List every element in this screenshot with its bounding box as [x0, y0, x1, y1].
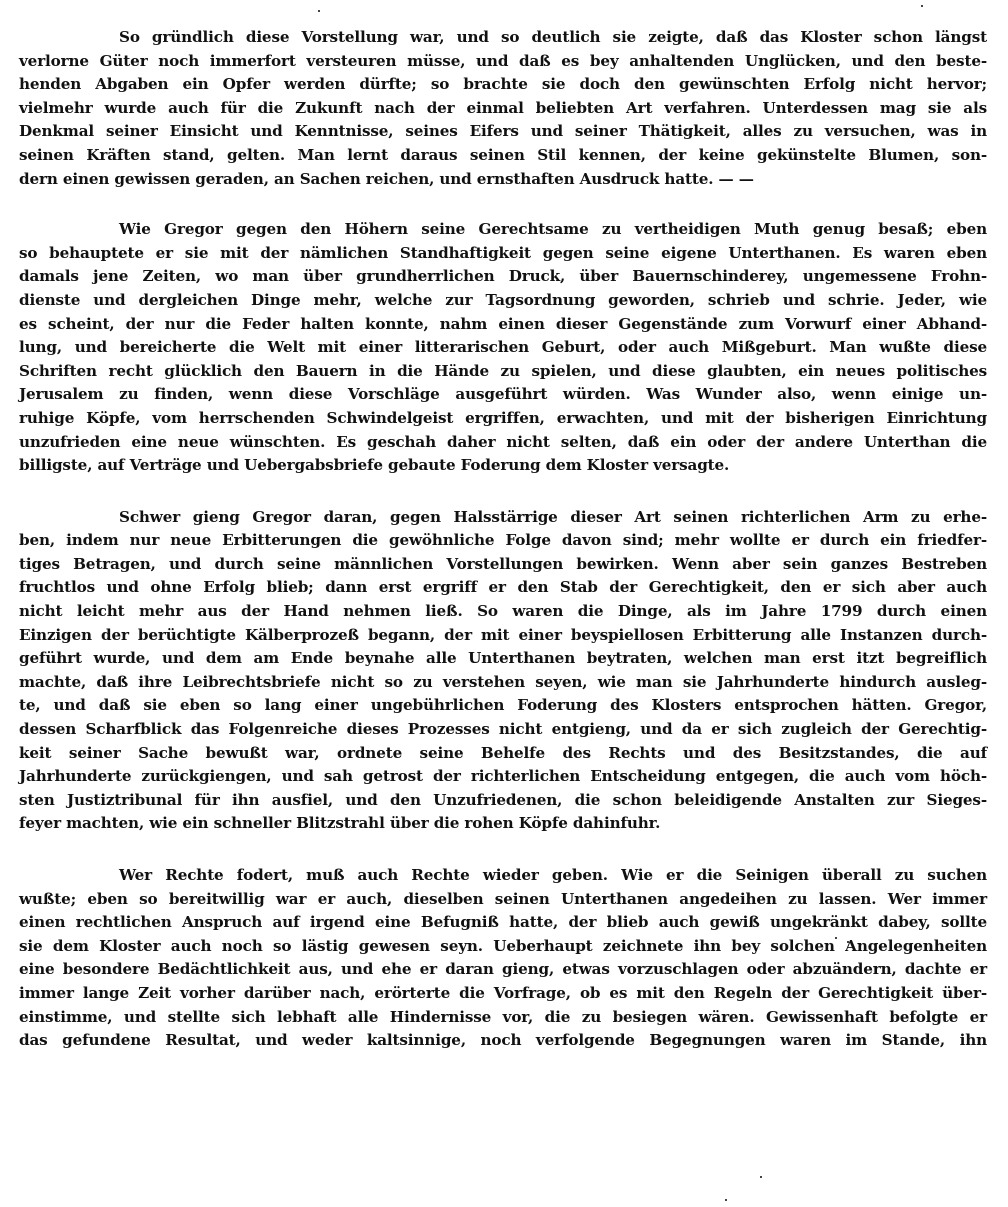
text-line: Wie Gregor gegen den Höhern seine Gerech…: [19, 218, 987, 242]
scan-speck: [921, 5, 923, 7]
text-line: dern einen gewissen geraden, an Sachen r…: [19, 168, 987, 192]
text-line: ruhige Köpfe, vom herrschenden Schwindel…: [19, 407, 987, 431]
text-line: verlorne Güter noch immerfort versteuren…: [19, 50, 987, 74]
text-line: feyer machten, wie ein schneller Blitzst…: [19, 812, 987, 836]
text-line: machte, daß ihre Leibrechtsbriefe nicht …: [19, 671, 987, 695]
text-line: Schwer gieng Gregor daran, gegen Halsstä…: [19, 506, 987, 530]
paragraph-2: Wie Gregor gegen den Höhern seine Gerech…: [19, 218, 987, 478]
text-line: lung, und bereicherte die Welt mit einer…: [19, 336, 987, 360]
text-line: henden Abgaben ein Opfer werden dürfte; …: [19, 73, 987, 97]
text-line: so behauptete er sie mit der nämlichen S…: [19, 242, 987, 266]
text-line: nicht leicht mehr aus der Hand nehmen li…: [19, 600, 987, 624]
paragraph-4: Wer Rechte fodert, muß auch Rechte wiede…: [19, 864, 987, 1053]
text-line: immer lange Zeit vorher darüber nach, er…: [19, 982, 987, 1006]
text-line: Jerusalem zu finden, wenn diese Vorschlä…: [19, 383, 987, 407]
text-line: das gefundene Resultat, und weder kaltsi…: [19, 1029, 987, 1053]
text-line: fruchtlos und ohne Erfolg blieb; dann er…: [19, 576, 987, 600]
text-line: damals jene Zeiten, wo man über grundher…: [19, 265, 987, 289]
paragraph-spacer: [19, 836, 987, 864]
text-line: billigste, auf Verträge und Uebergabsbri…: [19, 454, 987, 478]
text-line: eine besondere Bedächtlichkeit aus, und …: [19, 958, 987, 982]
scan-speck: [318, 10, 320, 12]
scan-speck: [760, 1176, 762, 1178]
text-line: sten Justiztribunal für ihn ausfiel, und…: [19, 789, 987, 813]
paragraph-1: So gründlich diese Vorstellung war, und …: [19, 26, 987, 191]
text-line: es scheint, der nur die Feder halten kon…: [19, 313, 987, 337]
text-line: vielmehr wurde auch für die Zukunft nach…: [19, 97, 987, 121]
text-line: te, und daß sie eben so lang einer ungeb…: [19, 694, 987, 718]
paragraph-3: Schwer gieng Gregor daran, gegen Halsstä…: [19, 506, 987, 836]
scan-speck: [835, 937, 837, 939]
text-line: geführt wurde, und dem am Ende beynahe a…: [19, 647, 987, 671]
scan-speck: [725, 1199, 727, 1201]
text-line: dessen Scharfblick das Folgenreiche dies…: [19, 718, 987, 742]
text-line: seinen Kräften stand, gelten. Man lernt …: [19, 144, 987, 168]
text-line: keit seiner Sache bewußt war, ordnete se…: [19, 742, 987, 766]
text-line: tiges Betragen, und durch seine männlich…: [19, 553, 987, 577]
text-line: Wer Rechte fodert, muß auch Rechte wiede…: [19, 864, 987, 888]
text-line: wußte; eben so bereitwillig war er auch,…: [19, 888, 987, 912]
scanned-book-page: So gründlich diese Vorstellung war, und …: [19, 26, 987, 1053]
text-line: Jahrhunderte zurückgiengen, und sah getr…: [19, 765, 987, 789]
text-line: Schriften recht glücklich den Bauern in …: [19, 360, 987, 384]
text-line: einen rechtlichen Anspruch auf irgend ei…: [19, 911, 987, 935]
text-line: einstimme, und stellte sich lebhaft alle…: [19, 1006, 987, 1030]
text-line: So gründlich diese Vorstellung war, und …: [19, 26, 987, 50]
text-line: Denkmal seiner Einsicht und Kenntnisse, …: [19, 120, 987, 144]
text-line: dienste und dergleichen Dinge mehr, welc…: [19, 289, 987, 313]
text-line: sie dem Kloster auch noch so lästig gewe…: [19, 935, 987, 959]
scan-speck: [847, 941, 849, 943]
text-line: Einzigen der berüchtigte Kälberprozeß be…: [19, 624, 987, 648]
paragraph-spacer: [19, 191, 987, 218]
text-line: unzufrieden eine neue wünschten. Es gesc…: [19, 431, 987, 455]
paragraph-spacer: [19, 478, 987, 506]
text-line: ben, indem nur neue Erbitterungen die ge…: [19, 529, 987, 553]
